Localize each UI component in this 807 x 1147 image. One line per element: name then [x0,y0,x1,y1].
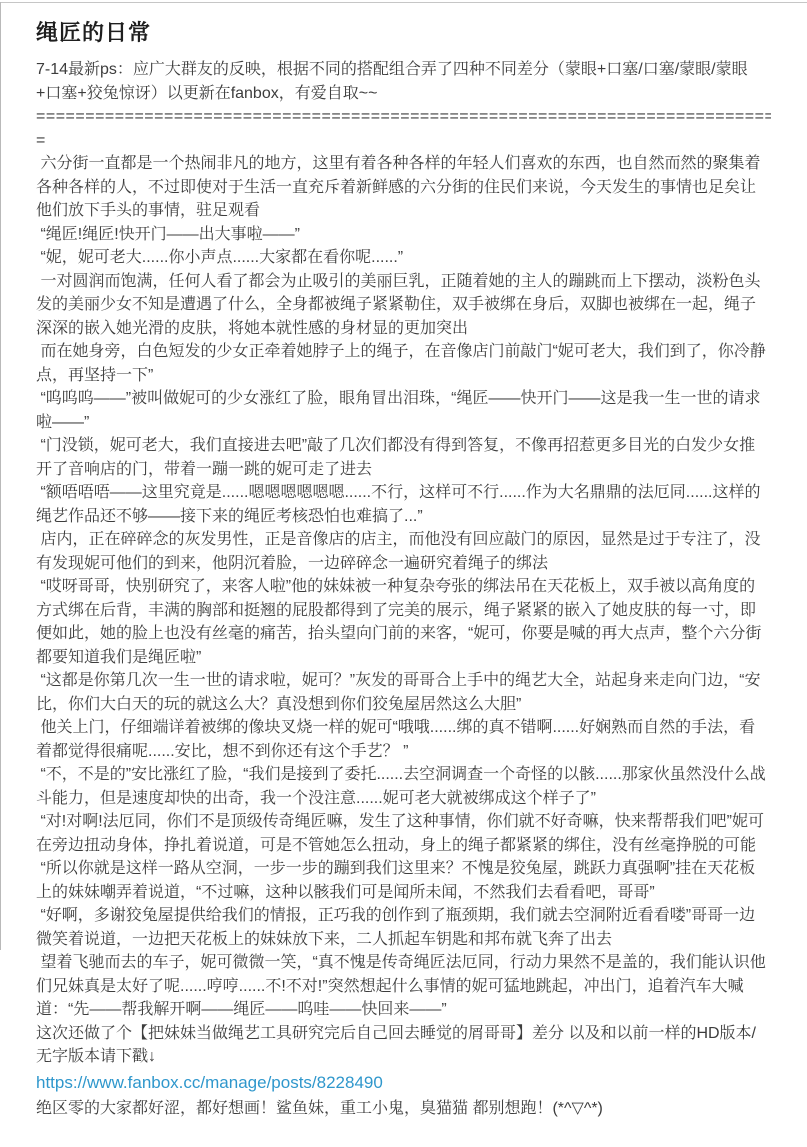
separator-line-1: ========================================… [36,105,771,129]
page-title: 绳匠的日常 [36,18,771,48]
window-left-edge [0,2,1,950]
story-paragraph: 店内，正在碎碎念的灰发男性，正是音像店的店主，而他没有回应敲门的原因，显然是过于… [36,528,771,575]
story-paragraph: “所以你就是这样一路从空洞，一步一步的蹦到我们这里来？不愧是狡兔屋，跳跃力真强啊… [36,857,771,904]
story-paragraph: 一对圆润而饱满，任何人看了都会为止吸引的美丽巨乳，正随着她的主人的蹦跳而上下摆动… [36,270,771,341]
story-paragraph: “呜呜呜——”被叫做妮可的少女涨红了脸，眼角冒出泪珠，“绳匠——快开门——这是我… [36,387,771,434]
story-paragraph: 望着飞驰而去的车子，妮可微微一笑，“真不愧是传奇绳匠法厄同，行动力果然不是盖的，… [36,951,771,1022]
closing-note: 绝区零的大家都好涩，都好想画！鲨鱼妹，重工小鬼，臭猫猫 都别想跑！(*^▽^*) [36,1097,771,1121]
document-page: 绳匠的日常 7-14最新ps：应广大群友的反映，根据不同的搭配组合弄了四种不同差… [0,0,807,1147]
story-paragraph: 六分街一直都是一个热闹非凡的地方，这里有着各种各样的年轻人们喜欢的东西，也自然而… [36,152,771,223]
story-paragraph: “对!对啊!法厄同，你们不是顶级传奇绳匠嘛，发生了这种事情，你们就不好奇嘛，快来… [36,810,771,857]
separator-line-2: = [36,129,771,153]
document-content: 绳匠的日常 7-14最新ps：应广大群友的反映，根据不同的搭配组合弄了四种不同差… [0,0,807,1120]
bonus-note: 这次还做了个【把妹妹当做绳艺工具研究完后自己回去睡觉的屑哥哥】差分 以及和以前一… [36,1022,771,1069]
window-top-edge [0,2,807,3]
ps-note: 7-14最新ps：应广大群友的反映，根据不同的搭配组合弄了四种不同差分（蒙眼+口… [36,58,771,105]
story-paragraph: “绳匠!绳匠!快开门——出大事啦——” [36,223,771,247]
story-paragraph: “门没锁，妮可老大，我们直接进去吧”敲了几次们都没有得到答复，不像再招惹更多目光… [36,434,771,481]
fanbox-link[interactable]: https://www.fanbox.cc/manage/posts/82284… [36,1073,383,1092]
story-paragraph: “哎呀哥哥，快别研究了，来客人啦”他的妹妹被一种复杂夸张的绑法吊在天花板上，双手… [36,575,771,669]
story-paragraph: “额唔唔唔——这里究竟是......嗯嗯嗯嗯嗯嗯......不行，这样可不行..… [36,481,771,528]
story-paragraph: “妮，妮可老大......你小声点......大家都在看你呢......” [36,246,771,270]
story-paragraph: 他关上门，仔细端详着被绑的像块叉烧一样的妮可“哦哦......绑的真不错啊...… [36,716,771,763]
story-paragraph: “好啊，多谢狡兔屋提供给我们的情报，正巧我的创作到了瓶颈期，我们就去空洞附近看看… [36,904,771,951]
story-paragraph: “不，不是的”安比涨红了脸，“我们是接到了委托......去空洞调查一个奇怪的以… [36,763,771,810]
story-paragraph: “这都是你第几次一生一世的请求啦，妮可？”灰发的哥哥合上手中的绳艺大全，站起身来… [36,669,771,716]
story-paragraph: 而在她身旁，白色短发的少女正牵着她脖子上的绳子，在音像店门前敲门“妮可老大，我们… [36,340,771,387]
